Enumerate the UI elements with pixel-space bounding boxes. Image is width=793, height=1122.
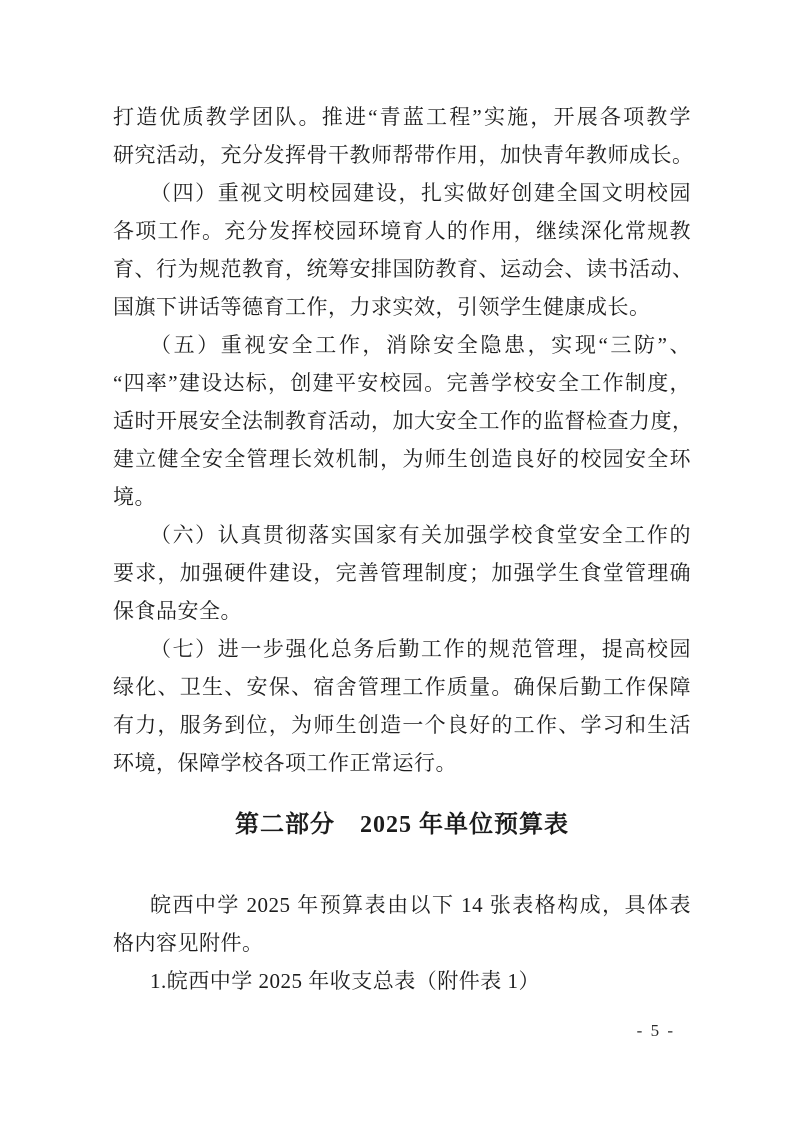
document-page: 打造优质教学团队。推进“青蓝工程”实施，开展各项教学 研究活动，充分发挥骨干教师… (0, 0, 793, 1122)
body-text-line: 打造优质教学团队。推进“青蓝工程”实施，开展各项教学 (113, 98, 691, 136)
body-text-line: 皖西中学 2025 年预算表由以下 14 张表格构成，具体表 (113, 886, 691, 924)
body-text-line: 境。 (113, 478, 691, 516)
body-text-line: （四）重视文明校园建设，扎实做好创建全国文明校园 (113, 174, 691, 212)
body-text-line: （七）进一步强化总务后勤工作的规范管理，提高校园 (113, 630, 691, 668)
body-text-line: （五）重视安全工作，消除安全隐患，实现“三防”、 (113, 326, 691, 364)
page-number: - 5 - (637, 1012, 675, 1050)
body-text-line: 要求，加强硬件建设，完善管理制度；加强学生食堂管理确 (113, 554, 691, 592)
body-text-line: 环境，保障学校各项工作正常运行。 (113, 744, 691, 782)
body-text-line: （六）认真贯彻落实国家有关加强学校食堂安全工作的 (113, 516, 691, 554)
body-text-line: 1.皖西中学 2025 年收支总表（附件表 1） (113, 962, 691, 1000)
body-text-line: 格内容见附件。 (113, 924, 691, 962)
body-text-line: 建立健全安全管理长效机制，为师生创造良好的校园安全环 (113, 440, 691, 478)
section-heading: 第二部分 2025 年单位预算表 (113, 806, 691, 844)
body-text-line: 研究活动，充分发挥骨干教师帮带作用，加快青年教师成长。 (113, 136, 691, 174)
body-text-line: 适时开展安全法制教育活动，加大安全工作的监督检查力度， (113, 402, 691, 440)
body-text-line: 绿化、卫生、安保、宿舍管理工作质量。确保后勤工作保障 (113, 668, 691, 706)
body-text-line: 国旗下讲话等德育工作，力求实效，引领学生健康成长。 (113, 288, 691, 326)
body-text-line: “四率”建设达标，创建平安校园。完善学校安全工作制度， (113, 364, 691, 402)
body-text-line: 育、行为规范教育，统筹安排国防教育、运动会、读书活动、 (113, 250, 691, 288)
body-text-line: 保食品安全。 (113, 592, 691, 630)
body-text-line: 有力，服务到位，为师生创造一个良好的工作、学习和生活 (113, 706, 691, 744)
body-text-line: 各项工作。充分发挥校园环境育人的作用，继续深化常规教 (113, 212, 691, 250)
document-body: 打造优质教学团队。推进“青蓝工程”实施，开展各项教学 研究活动，充分发挥骨干教师… (113, 98, 691, 1000)
